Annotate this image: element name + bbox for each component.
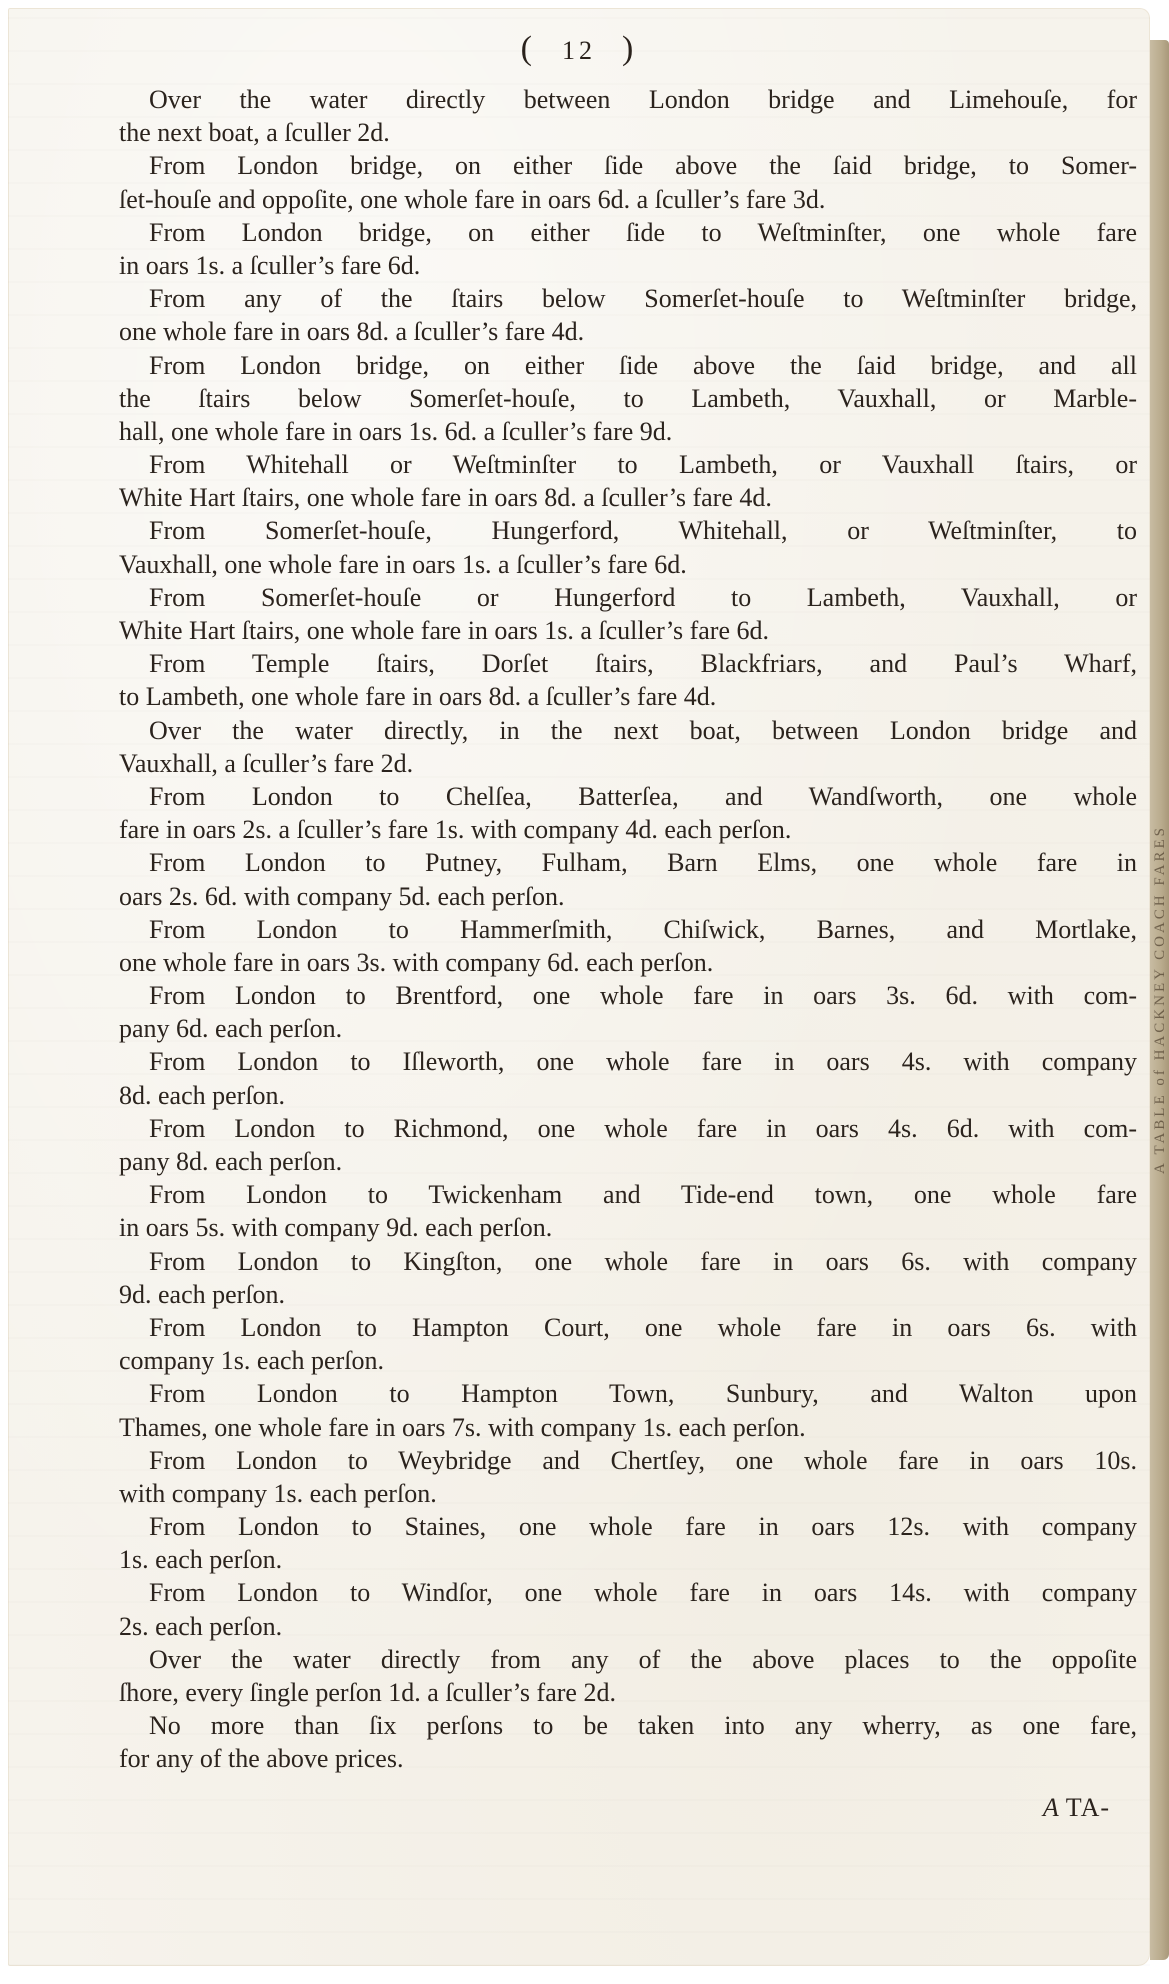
paragraph-line: Vauxhall, one whole fare in oars 1s. a ſ…	[119, 548, 1137, 581]
paragraph-line: pany 8d. each perſon.	[119, 1145, 1137, 1178]
page-number-header: (12)	[8, 30, 1150, 68]
paragraph-first-line: From London to Hampton Court, one whole …	[119, 1311, 1137, 1344]
paragraph-first-line: Over the water directly from any of the …	[119, 1643, 1137, 1676]
paragraph-first-line: From London to Brentford, one whole fare…	[119, 979, 1137, 1012]
close-parenthesis: )	[622, 30, 637, 67]
paragraph-first-line: From London to Richmond, one whole fare …	[119, 1112, 1137, 1145]
paragraph-line: in oars 5s. with company 9d. each perſon…	[119, 1211, 1137, 1244]
book-page: (12) Over the water directly between Lon…	[8, 8, 1150, 1966]
paragraph-first-line: From London to Staines, one whole fare i…	[119, 1510, 1137, 1543]
paragraph-first-line: From London to Chelſea, Batterſea, and W…	[119, 780, 1137, 813]
paragraph-first-line: From London bridge, on either ſide above…	[119, 349, 1137, 382]
open-parenthesis: (	[521, 30, 536, 67]
paragraph-first-line: Over the water directly, in the next boa…	[119, 714, 1137, 747]
catchword-rest: TA-	[1066, 1793, 1110, 1822]
paragraph-first-line: From London bridge, on either ſide above…	[119, 149, 1137, 182]
paragraph-line: one whole fare in oars 3s. with company …	[119, 946, 1137, 979]
paragraph-first-line: From any of the ſtairs below Somerſet-ho…	[119, 282, 1137, 315]
next-page-sliver-text: A TABLE of HACKNEY COACH FARES	[1152, 40, 1167, 1960]
paragraph-first-line: From Whitehall or Weſtminſter to Lambeth…	[119, 448, 1137, 481]
paragraph-first-line: From London to Putney, Fulham, Barn Elms…	[119, 846, 1137, 879]
paragraph-first-line: From London bridge, on either ſide to We…	[119, 216, 1137, 249]
paragraph-line: for any of the above prices.	[119, 1742, 1137, 1775]
paragraph-first-line: From Somerſet-houſe, Hungerford, Whiteha…	[119, 514, 1137, 547]
paragraph-line: 1s. each perſon.	[119, 1543, 1137, 1576]
paragraph-line: White Hart ſtairs, one whole fare in oar…	[119, 614, 1137, 647]
paragraph-line: Vauxhall, a ſculler’s fare 2d.	[119, 747, 1137, 780]
paragraph-first-line: From London to Kingſton, one whole fare …	[119, 1245, 1137, 1278]
paragraph-line: to Lambeth, one whole fare in oars 8d. a…	[119, 680, 1137, 713]
fare-list-body: Over the water directly between London b…	[119, 83, 1137, 1776]
paragraph-line: ſet-houſe and oppoſite, one whole fare i…	[119, 183, 1137, 216]
paragraph-line: hall, one whole fare in oars 1s. 6d. a ſ…	[119, 415, 1137, 448]
paragraph-first-line: From London to Hampton Town, Sunbury, an…	[119, 1377, 1137, 1410]
paragraph-line: 9d. each perſon.	[119, 1278, 1137, 1311]
paragraph-first-line: From London to Iſleworth, one whole fare…	[119, 1045, 1137, 1078]
paragraph-line: White Hart ſtairs, one whole fare in oar…	[119, 481, 1137, 514]
paragraph-line: Thames, one whole fare in oars 7s. with …	[119, 1411, 1137, 1444]
paragraph-first-line: From London to Windſor, one whole fare i…	[119, 1576, 1137, 1609]
paragraph-first-line: No more than ſix perſons to be taken int…	[119, 1709, 1137, 1742]
paragraph-line: 8d. each perſon.	[119, 1079, 1137, 1112]
paragraph-line: 2s. each perſon.	[119, 1610, 1137, 1643]
paragraph-first-line: Over the water directly between London b…	[119, 83, 1137, 116]
paragraph-line: pany 6d. each perſon.	[119, 1012, 1137, 1045]
paragraph-line: fare in oars 2s. a ſculler’s fare 1s. wi…	[119, 813, 1137, 846]
paragraph-line: with company 1s. each perſon.	[119, 1477, 1137, 1510]
paragraph-line: oars 2s. 6d. with company 5d. each perſo…	[119, 880, 1137, 913]
paragraph-line: ſhore, every ſingle perſon 1d. a ſculler…	[119, 1676, 1137, 1709]
paragraph-first-line: From Temple ſtairs, Dorſet ſtairs, Black…	[119, 647, 1137, 680]
paragraph-first-line: From Somerſet-houſe or Hungerford to Lam…	[119, 581, 1137, 614]
paragraph-first-line: From London to Twickenham and Tide-end t…	[119, 1178, 1137, 1211]
page-number: 12	[562, 36, 596, 65]
paragraph-line: the ſtairs below Somerſet-houſe, to Lamb…	[119, 382, 1137, 415]
paragraph-first-line: From London to Hammerſmith, Chiſwick, Ba…	[119, 913, 1137, 946]
catchword-initial: A	[1043, 1793, 1060, 1822]
catchword: ATA-	[1043, 1793, 1110, 1823]
paragraph-line: in oars 1s. a ſculler’s fare 6d.	[119, 249, 1137, 282]
next-page-edge: A TABLE of HACKNEY COACH FARES	[1150, 40, 1169, 1960]
paragraph-first-line: From London to Weybridge and Chertſey, o…	[119, 1444, 1137, 1477]
paragraph-line: company 1s. each perſon.	[119, 1344, 1137, 1377]
paragraph-line: the next boat, a ſculler 2d.	[119, 116, 1137, 149]
paragraph-line: one whole fare in oars 8d. a ſculler’s f…	[119, 315, 1137, 348]
